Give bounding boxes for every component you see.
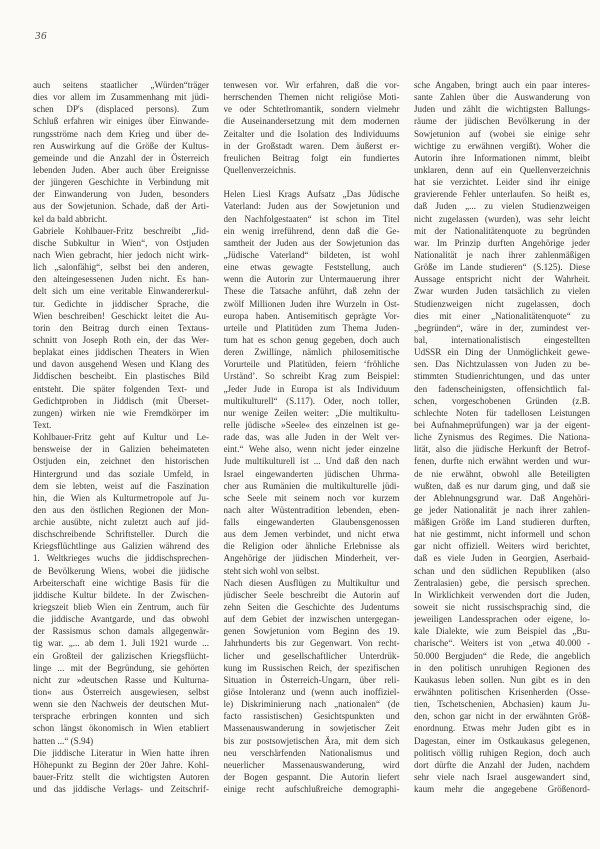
text-line: erwähnten politischen Krisenherden (Osse… — [414, 686, 590, 698]
text-line: den, schon gar nicht in der erwähnten Gr… — [414, 710, 590, 722]
text-line: Größe im Lande studieren“ (S.125). Diese — [414, 261, 590, 273]
text-line: dies vor allem im Zusammenhang mit jüdi- — [33, 91, 209, 103]
text-line: den aus den östlichen Regionen der Mon- — [33, 504, 209, 516]
text-line: hin, die Wien als Kulturmetropole auf Ju… — [33, 492, 209, 504]
text-line: rungsströme nach dem Krieg und über de- — [33, 128, 209, 140]
text-line: dischschreibende Schriftsteller. Durch d… — [33, 528, 209, 540]
text-line: Hintergrund und das soziale Umfeld, in — [33, 468, 209, 480]
text-line: Schluß erfahren wir einiges über Einwand… — [33, 115, 209, 127]
text-line: 50.000 Bergjuden“ die Rede, die angeblic… — [414, 650, 590, 662]
text-line: gravierende Fehler unterlaufen. So heißt… — [414, 188, 590, 200]
text-line: schen DP's (displaced persons). Zum — [33, 103, 209, 115]
text-line: „Jüdische Vaterland“ bildeten, ist wohl — [224, 249, 400, 261]
text-line: tien, Tschetschenien, Abchasien) kaum Ju… — [414, 698, 590, 710]
text-line: jüdischer Seele beschreibt die Autorin a… — [224, 589, 400, 601]
text-line: UdSSR ein Ding der Unmöglichkeit gewe- — [414, 346, 590, 358]
text-column-3: sche Angaben, bringt auch ein paar inter… — [414, 79, 590, 795]
text-line: linge ... mit der Begründung, sie gehört… — [33, 662, 209, 674]
text-line: kriegszeit blieb Wien ein Zentrum, auch … — [33, 601, 209, 613]
text-line: archie ausübte, nicht zuletzt auch auf j… — [33, 516, 209, 528]
text-line: schen, vorgeschobenen Gründen (z.B. — [414, 395, 590, 407]
text-line: schan und den südlichen Republiken (also — [414, 565, 590, 577]
text-line: Autorin ihre Informationen nimmt, bleibt — [414, 152, 590, 164]
text-line: Jude multikulturell ist ... Und daß den … — [224, 455, 400, 467]
paragraph: tenwesen vor. Wir erfahren, daß die vor-… — [224, 79, 400, 176]
text-line: auf dem Gebiet der inzwischen untergegan… — [224, 613, 400, 625]
text-line: Quellenverzeichnis. — [224, 164, 400, 176]
text-columns: auch seitens staatlicher „Würden“trägerd… — [33, 79, 590, 795]
text-line: multikulturell“ (S.117). Oder, noch toll… — [224, 395, 400, 407]
text-line: Massenauswanderung in sowjetischer Zeit — [224, 722, 400, 734]
text-line: ein wenig irreführend, denn daß die Ge- — [224, 225, 400, 237]
text-line: falls eingewanderten Glaubensgenossen — [224, 516, 400, 528]
text-line: zehn Seiten die Geschichte des Judentums — [224, 601, 400, 613]
text-line: europa haben. Antisemitisch geprägte Vor… — [224, 310, 400, 322]
text-line: Gedichtproben in Jiddisch (mit Überset- — [33, 395, 209, 407]
text-line: aus der Sowjetunion. Schade, daß der Art… — [33, 200, 209, 212]
text-line: liche Zynismus des Regimes. Die Nationa- — [414, 431, 590, 443]
text-line: Höhepunkt zu Beginn der 20er Jahre. Kohl… — [33, 759, 209, 771]
text-line: 1. Weltkrieges wuchs die jiddischspreche… — [33, 552, 209, 564]
text-line: daß es viele Juden in Georgien, Aserbaid… — [414, 552, 590, 564]
text-line: hat nie gestimmt, nicht informell und sc… — [414, 528, 590, 540]
text-line: These die Tatsache anführt, daß zehn der — [224, 285, 400, 297]
text-line: wichtige zu erwähnen vergißt). Woher die — [414, 140, 590, 152]
text-line: kung im Russischen Reich, der spezifisch… — [224, 662, 400, 674]
paragraph: Nach diesen Ausflügen zu Multikultur und… — [224, 577, 400, 796]
text-line: neu verschärfenden Nationalismus und — [224, 747, 400, 759]
text-line: Helen Liesl Krags Aufsatz „Das Jüdische — [224, 188, 400, 200]
text-line: torin den Beitrag durch einen Textaus- — [33, 322, 209, 334]
paragraph: Kohlbauer-Fritz geht auf Kultur und Le-b… — [33, 431, 209, 747]
text-line: nur wenige Zeilen weiter: „Die multikult… — [224, 407, 400, 419]
paragraph: Die jiddische Literatur in Wien hatte ih… — [33, 747, 209, 796]
text-line: tersprache erbringen konnten und sich — [33, 710, 209, 722]
text-line: Text. — [33, 419, 209, 431]
text-line: ein Großteil der galizischen Kriegsflüch… — [33, 650, 209, 662]
text-line: rade das, was alle Juden in der Welt ver… — [224, 431, 400, 443]
text-line: ren Auswirkung auf die Größe der Kultus- — [33, 140, 209, 152]
text-line: eint.“ Wehe also, wenn nicht jeder einze… — [224, 443, 400, 455]
text-line: cher aus Rumänien die multikulturelle jü… — [224, 480, 400, 492]
text-line: und davon ausgehend Wesen und Klang des — [33, 358, 209, 370]
text-line: kel da bald abbricht. — [33, 213, 209, 225]
text-line: „begründen“, wäre in der, zumindest ver- — [414, 322, 590, 334]
text-line: Dagestan, einer im Ostkaukasus gelegenen… — [414, 735, 590, 747]
text-line: beplakat eines jiddischen Theaters in Wi… — [33, 346, 209, 358]
text-line: zwölf Millionen Juden ihre Wurzeln in Os… — [224, 298, 400, 310]
text-line: hat sie verzichtet. Leider sind ihr eini… — [414, 176, 590, 188]
text-line: kaum mehr die angegebene Größenord- — [414, 783, 590, 795]
text-line: den Nachfolgestaaten“ ist schon im Titel — [224, 213, 400, 225]
text-line: Wien beschreiben! Geschickt leitet die A… — [33, 310, 209, 322]
text-line: Kriegsflüchtlinge aus Galizien während d… — [33, 540, 209, 552]
text-line: Zwar wurden Juden tatsächlich zu vielen — [414, 285, 590, 297]
page-number: 36 — [35, 30, 47, 42]
text-line: der Ablehnungsgrund war. Daß Angehöri- — [414, 492, 590, 504]
paragraph: Helen Liesl Krags Aufsatz „Das JüdischeV… — [224, 188, 400, 577]
text-line: den alteingesessenen Juden nicht. Es han… — [33, 273, 209, 285]
text-line: Nationalität je nach ihrer zahlenmäßigen — [414, 249, 590, 261]
text-line: Nach diesen Ausflügen zu Multikultur und — [224, 577, 400, 589]
text-line: tur. Gedichte in jiddischer Sprache, die — [33, 298, 209, 310]
text-line: tion« aus Österreich ausgewiesen, selbst — [33, 686, 209, 698]
scanned-document-page: 36 auch seitens staatlicher „Würden“träg… — [0, 0, 600, 849]
text-line: enordnung. Etwas mehr Juden gibt es in — [414, 722, 590, 734]
text-line: „Jeder Jude in Europa ist als Individuum — [224, 383, 400, 395]
text-line: Ostjuden ein, zeichnet den historischen — [33, 455, 209, 467]
text-line: fenen, durfte nich erwähnt werden und wu… — [414, 455, 590, 467]
text-line: bis zur postsowjetischen Ära, mit dem si… — [224, 735, 400, 747]
text-line: relle jüdische »Seele« des einzelnen ist… — [224, 419, 400, 431]
text-line: Zeitalter und die Isolation des Individu… — [224, 128, 400, 140]
text-line: Jiddischen bescheibt. Ein plastisches Bi… — [33, 370, 209, 382]
text-line: Arbeiterschaft eine wichtige Basis für d… — [33, 577, 209, 589]
text-line: licher und gesellschaftlicher Unterdrük- — [224, 650, 400, 662]
text-line: aus dem Jemen verbindet, und nicht etwa — [224, 528, 400, 540]
text-line: soweit sie nicht russischsprachig sind, … — [414, 601, 590, 613]
text-line: der Bogen gespannt. Die Autorin liefert — [224, 771, 400, 783]
text-line: giöse Intoleranz und (wenn auch inoffizi… — [224, 686, 400, 698]
text-line: stimmten Studienrichtungen, und das unte… — [414, 370, 590, 382]
text-line: bal, internationalistisch eingestellten — [414, 334, 590, 346]
text-line: sen. Das Nichtzulassen von Juden zu be- — [414, 358, 590, 370]
text-line: schon längst ökonomisch in Wien etablier… — [33, 722, 209, 734]
paragraph: sche Angaben, bringt auch ein paar inter… — [414, 79, 590, 795]
text-line: gemeinde und die Anzahl der in Österreic… — [33, 152, 209, 164]
text-line: sche Seele mit seinem noch vor kurzem — [224, 492, 400, 504]
text-line: eine etwas gewagte Feststellung, auch — [224, 261, 400, 273]
text-line: Urständ’. So schreibt Krag zum Beispiel: — [224, 370, 400, 382]
text-line: le) Diskriminierung nach „nationalen“ (d… — [224, 698, 400, 710]
text-line: war. Im Prinzip durften Angehörige jeder — [414, 237, 590, 249]
text-line: mäßigen Größe im Land studieren durften, — [414, 516, 590, 528]
text-line: wenn sie den Nachweis der deutschen Mut- — [33, 698, 209, 710]
text-line: steht sich wohl von selbst. — [224, 565, 400, 577]
text-line: bauer-Fritz stellt die wichtigsten Autor… — [33, 771, 209, 783]
text-line: tum hat es schon genug gegeben, doch auc… — [224, 334, 400, 346]
text-line: wußten, daß es nur darum ging, und daß s… — [414, 480, 590, 492]
text-column-2: tenwesen vor. Wir erfahren, daß die vor-… — [224, 79, 400, 795]
text-line: politisch völlig ruhigen Region, doch au… — [414, 747, 590, 759]
text-line: in der Großstadt waren. Dem äußerst er- — [224, 140, 400, 152]
paragraph: Gabriele Kohlbauer-Fritz beschreibt „Jid… — [33, 225, 209, 431]
text-line: Aussage entspricht nicht der Wahrheit. — [414, 273, 590, 285]
text-line: Situation in Österreich-Ungarn, über rel… — [224, 674, 400, 686]
text-line: sante Zahlen über die Auswanderung von — [414, 91, 590, 103]
text-line: dische Subkultur in Wien“, von Ostjuden — [33, 237, 209, 249]
text-line: sehr viele nach Israel ausgewandert sind… — [414, 771, 590, 783]
text-line: der Einwanderung von Juden, besonders — [33, 188, 209, 200]
text-line: die Religion oder ähnliche Erlebnisse al… — [224, 540, 400, 552]
text-line: lich „salonfähig“, selbst bei den andere… — [33, 261, 209, 273]
text-line: Gabriele Kohlbauer-Fritz beschreibt „Jid… — [33, 225, 209, 237]
text-line: Zentralasien) gebe, die persisch spreche… — [414, 577, 590, 589]
text-line: entsteht. Die später folgenden Text- und — [33, 383, 209, 395]
text-line: Studienzweigen nicht zugelassen, doch — [414, 298, 590, 310]
text-line: jiddische Kultur bildete. In der Zwische… — [33, 589, 209, 601]
text-line: urteile und Platitüden zum Thema Juden- — [224, 322, 400, 334]
text-line: tig war. „... ab dem 1. Juli 1921 wurde … — [33, 637, 209, 649]
text-line: mit der Nationalitätenquote zu begründen — [414, 225, 590, 237]
text-line: die Auseinandersetzung mit dem modernen — [224, 115, 400, 127]
text-line: de Bevölkerung Wiens, wobei die jüdische — [33, 565, 209, 577]
text-line: gar nicht offiziell. Weiters wird berich… — [414, 540, 590, 552]
text-line: neuerlicher Massenauswanderung, wird — [224, 759, 400, 771]
text-line: dem sie lebten, weist auf die Faszinatio… — [33, 480, 209, 492]
text-line: delt sich um eine veritable Einwandererk… — [33, 285, 209, 297]
text-line: den fadenscheinigsten, offensichtlich fa… — [414, 383, 590, 395]
text-line: Kaukasus leben sollen. Nun gibt es in de… — [414, 674, 590, 686]
text-line: Angehörige der jüdischen Minderheit, ver… — [224, 552, 400, 564]
text-line: Sowjetunion auf (wobei sie einige sehr — [414, 128, 590, 140]
text-line: freulichen Beitrag folgt ein fundiertes — [224, 152, 400, 164]
text-line: dort dürfte die Anzahl der Juden, nachde… — [414, 759, 590, 771]
text-line: In Wirklichkeit verwenden dort die Juden… — [414, 589, 590, 601]
text-line: kale Dialekte, wie zum Beispiel das „Bu- — [414, 625, 590, 637]
text-line: bensweise der in Galizien beheimateten — [33, 443, 209, 455]
text-line: charische“. Weiters ist von „etwa 40.000… — [414, 637, 590, 649]
text-line: der jüngeren Geschichte in Verbindung mi… — [33, 176, 209, 188]
text-line: genen Sowjetunion vom Beginn des 19. — [224, 625, 400, 637]
text-line: nach alter Wüstentradition lebenden, ebe… — [224, 504, 400, 516]
text-line: nach Wien gebracht, hier jedoch nicht wi… — [33, 249, 209, 261]
text-line: der Rassismus schon damals allgegenwär- — [33, 625, 209, 637]
text-line: sche Angaben, bringt auch ein paar inter… — [414, 79, 590, 91]
text-line: auch seitens staatlicher „Würden“träger — [33, 79, 209, 91]
text-line: Kohlbauer-Fritz geht auf Kultur und Le- — [33, 431, 209, 443]
text-line: jeweiligen Landessprachen oder eigene, l… — [414, 613, 590, 625]
text-line: schnitt von Joseph Roth ein, der das Wer… — [33, 334, 209, 346]
paragraph: auch seitens staatlicher „Würden“trägerd… — [33, 79, 209, 225]
text-line: Vaterland: Juden aus der Sowjetunion und — [224, 200, 400, 212]
text-line: ve oder Schtetlromantik, sondern vielmeh… — [224, 103, 400, 115]
text-line: Vorurteile und Platitüden, feiern ‘fröhl… — [224, 358, 400, 370]
text-line: lebenden Juden. Aber auch über Ereigniss… — [33, 164, 209, 176]
text-column-1: auch seitens staatlicher „Würden“trägerd… — [33, 79, 209, 795]
text-line: räume der jüdischen Bevölkerung in der — [414, 115, 590, 127]
text-line: wenn die Autorin zur Untermauerung ihrer — [224, 273, 400, 285]
text-line: zungen) wirken nie wie Fremdkörper im — [33, 407, 209, 419]
text-line: Die jiddische Literatur in Wien hatte ih… — [33, 747, 209, 759]
text-line: und das jiddische Verlags- und Zeitschri… — [33, 783, 209, 795]
text-line: einige recht aufschlußreiche demographi- — [224, 783, 400, 795]
text-line: schlechte Noten für tadellosen Leistunge… — [414, 407, 590, 419]
text-line: in den politisch unruhigen Regionen des — [414, 662, 590, 674]
text-line: ge jeder Nationalität je nach ihrer zahl… — [414, 504, 590, 516]
text-line: Juden und zählt die wichtigsten Ballungs… — [414, 103, 590, 115]
text-line: samtheit der Juden aus der Sowjetunion d… — [224, 237, 400, 249]
text-line: herrschenden Themen nicht religiöse Moti… — [224, 91, 400, 103]
text-line: facto rassistischen) Gesichtspunkten und — [224, 710, 400, 722]
text-line: Israel eingewanderten jüdischen Uhrma- — [224, 468, 400, 480]
text-line: bei Aufnahmeprüfungen) war ja der eigent… — [414, 419, 590, 431]
text-line: die jiddische Avantgarde, und das obwohl — [33, 613, 209, 625]
text-line: tenwesen vor. Wir erfahren, daß die vor- — [224, 79, 400, 91]
text-line: de nie erwähnt, obwohl alle Beteiligten — [414, 468, 590, 480]
text-line: lität, also die jüdische Herkunft der Be… — [414, 443, 590, 455]
text-line: dies mit einer „Nationalitätenquote“ zu — [414, 310, 590, 322]
text-line: hatten ...“ (S.94) — [33, 735, 209, 747]
text-line: deren Zwillinge, nämlich philosemitische — [224, 346, 400, 358]
text-line: Jahrhunderts bis zur Gegenwart. Von rech… — [224, 637, 400, 649]
text-line: nicht zur »deutschen Rasse und Kulturna- — [33, 674, 209, 686]
text-line: daß Juden „... zu vielen Studienzweigen — [414, 200, 590, 212]
text-line: nicht zugelassen (wurden), was sehr leic… — [414, 213, 590, 225]
text-line: unklaren, denn auf ein Quellenverzeichni… — [414, 164, 590, 176]
